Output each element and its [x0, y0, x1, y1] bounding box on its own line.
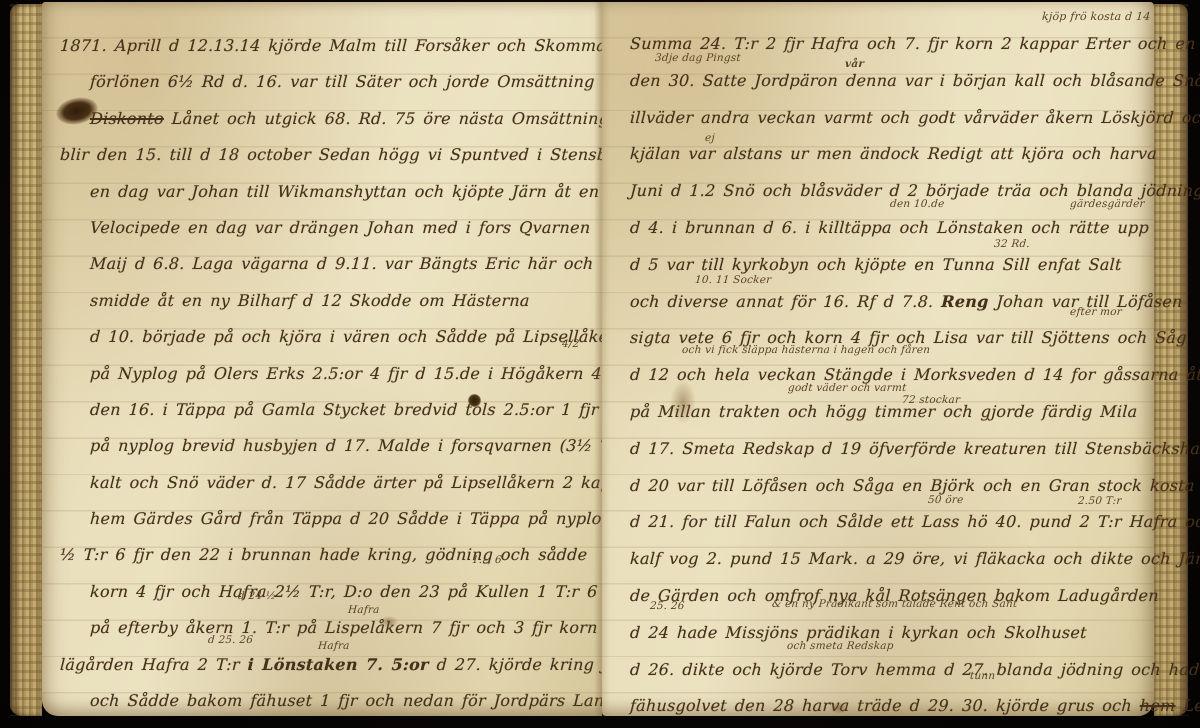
left-page-text: 1871. Aprill d 12.13.14 kjörde Malm till… — [42, 28, 602, 719]
interlinear-note: 1.–, 6 — [472, 554, 503, 566]
interlinear-note: och smeta Redskap — [787, 640, 894, 652]
interlinear-note: gärdesgärder — [1070, 198, 1146, 210]
interlinear-note: godt väder och varmt — [788, 382, 907, 394]
interlinear-note: 2.50 T:r — [1078, 495, 1122, 507]
small-stain — [830, 702, 848, 714]
stricken-word: Diskonto — [90, 109, 165, 128]
manuscript-line: förlönen 6½ Rd d. 16. var till Säter och… — [89, 64, 603, 100]
manuscript-line: kalf vog 2. pund 15 Mark. a 29 öre, vi f… — [629, 541, 1155, 578]
emphasized-word: Reng — [941, 292, 989, 311]
interlinear-note: den 10.de — [890, 198, 945, 210]
paper-smudge — [670, 380, 696, 424]
manuscript-line: smidde åt en ny Bilharf d 12 Skodde om H… — [89, 283, 603, 319]
manuscript-line: på nyplog brevid husbyjen d 17. Malde i … — [89, 428, 603, 464]
interlinear-note: d 24 ½ — [238, 590, 277, 602]
inserted-word: ej — [705, 132, 716, 144]
interlinear-note: d 25. 26 — [208, 634, 254, 646]
manuscript-line: lägården Hafra 2 T:r i Lönstaken 7. 5:or… — [59, 647, 603, 683]
manuscript-line: kalt och Snö väder d. 17 Sådde ärter på … — [89, 465, 603, 501]
small-stain — [380, 616, 398, 628]
manuscript-line: Maij d 6.8. Laga vägarna d 9.11. var Bän… — [89, 246, 603, 282]
manuscript-line: d 21. for till Falun och Sålde ett Lass … — [629, 504, 1155, 541]
interlinear-note: 25. 26 — [650, 600, 685, 612]
manuscript-line: korn 4 fjr och Hafra 2½ T:r, D:o den 23 … — [89, 574, 603, 610]
manuscript-line: d 4. i brunnan d 6. i killtäppa och Löns… — [629, 210, 1155, 247]
book-gutter-shadow — [594, 2, 610, 716]
stricken-word: hem — [1139, 696, 1176, 715]
interlinear-note: och vi fick släppa hästerna i hagen och … — [682, 344, 931, 356]
ink-spot — [468, 394, 481, 407]
manuscript-line: Diskonto Lånet och utgick 68. Rd. 75 öre… — [89, 101, 603, 137]
manuscript-line: fähusgolvet den 28 harva träde d 29. 30.… — [629, 688, 1155, 725]
manuscript-line: ½ T:r 6 fjr den 22 i brunnan hade kring,… — [59, 537, 603, 573]
right-page: kjöp frö kosta d 14 Summa 24. T:r 2 fjr … — [602, 2, 1154, 716]
manuscript-line: på Nyplog på Olers Erks 2.5:or 4 fjr d 1… — [89, 356, 603, 392]
right-page-text: Summa 24. T:r 2 fjr Hafra och 7. fjr kor… — [602, 26, 1154, 725]
interlinear-note: & en ny Prädikant som talade Rent och Sa… — [772, 598, 1018, 610]
left-page: 1871. Aprill d 12.13.14 kjörde Malm till… — [42, 2, 602, 716]
interlinear-note: 3dje dag Pingst — [655, 52, 742, 64]
manuscript-line: d 26. dikte och kjörde Torv hemma d 27. … — [629, 652, 1155, 689]
emphasized-words: i Lönstaken 7. 5:or — [247, 655, 429, 674]
corner-note: kjöp frö kosta d 14 — [1042, 10, 1151, 23]
interlinear-note: tunn — [970, 670, 996, 682]
manuscript-line: d 20 var till Löfåsen och Såga en Björk … — [629, 468, 1155, 505]
book-page-edges-left — [10, 4, 42, 716]
manuscript-line: d 10. började på och kjöra i vären och S… — [89, 319, 603, 355]
manuscript-line: hem Gärdes Gård från Täppa d 20 Sådde i … — [89, 501, 603, 537]
interlinear-note: 50 öre — [928, 494, 964, 506]
interlinear-note: 72 stockar — [902, 394, 961, 406]
manuscript-line: 1871. Aprill d 12.13.14 kjörde Malm till… — [59, 28, 603, 64]
interlinear-note: efter mor — [1070, 306, 1123, 318]
photo-backdrop: 1871. Aprill d 12.13.14 kjörde Malm till… — [0, 0, 1200, 728]
interlinear-note: 4/2 — [562, 338, 580, 350]
interlinear-note: 10. 11 Socker — [695, 274, 772, 286]
manuscript-line: illväder andra veckan varmt och godt vår… — [629, 100, 1155, 137]
manuscript-line: d 17. Smeta Redskap d 19 öfverförde krea… — [629, 431, 1155, 468]
manuscript-line: den 30. Satte Jordpäron denna var i börj… — [629, 63, 1155, 100]
inserted-word: vår — [845, 58, 865, 70]
interlinear-note: Hafra — [348, 604, 380, 616]
manuscript-line: blir den 15. till d 18 october Sedan hög… — [59, 137, 603, 173]
interlinear-note: 32 Rd. — [994, 238, 1031, 250]
manuscript-line: en dag var Johan till Wikmanshyttan och … — [89, 174, 603, 210]
manuscript-line: på Millan trakten och högg timmer och gj… — [629, 394, 1155, 431]
manuscript-line: den 16. i Täppa på Gamla Stycket bredvid… — [89, 392, 603, 428]
interlinear-note: Hafra — [318, 640, 350, 652]
manuscript-line: Velocipede en dag var drängen Johan med … — [89, 210, 603, 246]
manuscript-line: och Sådde bakom fähuset 1 fjr och nedan … — [89, 683, 603, 719]
